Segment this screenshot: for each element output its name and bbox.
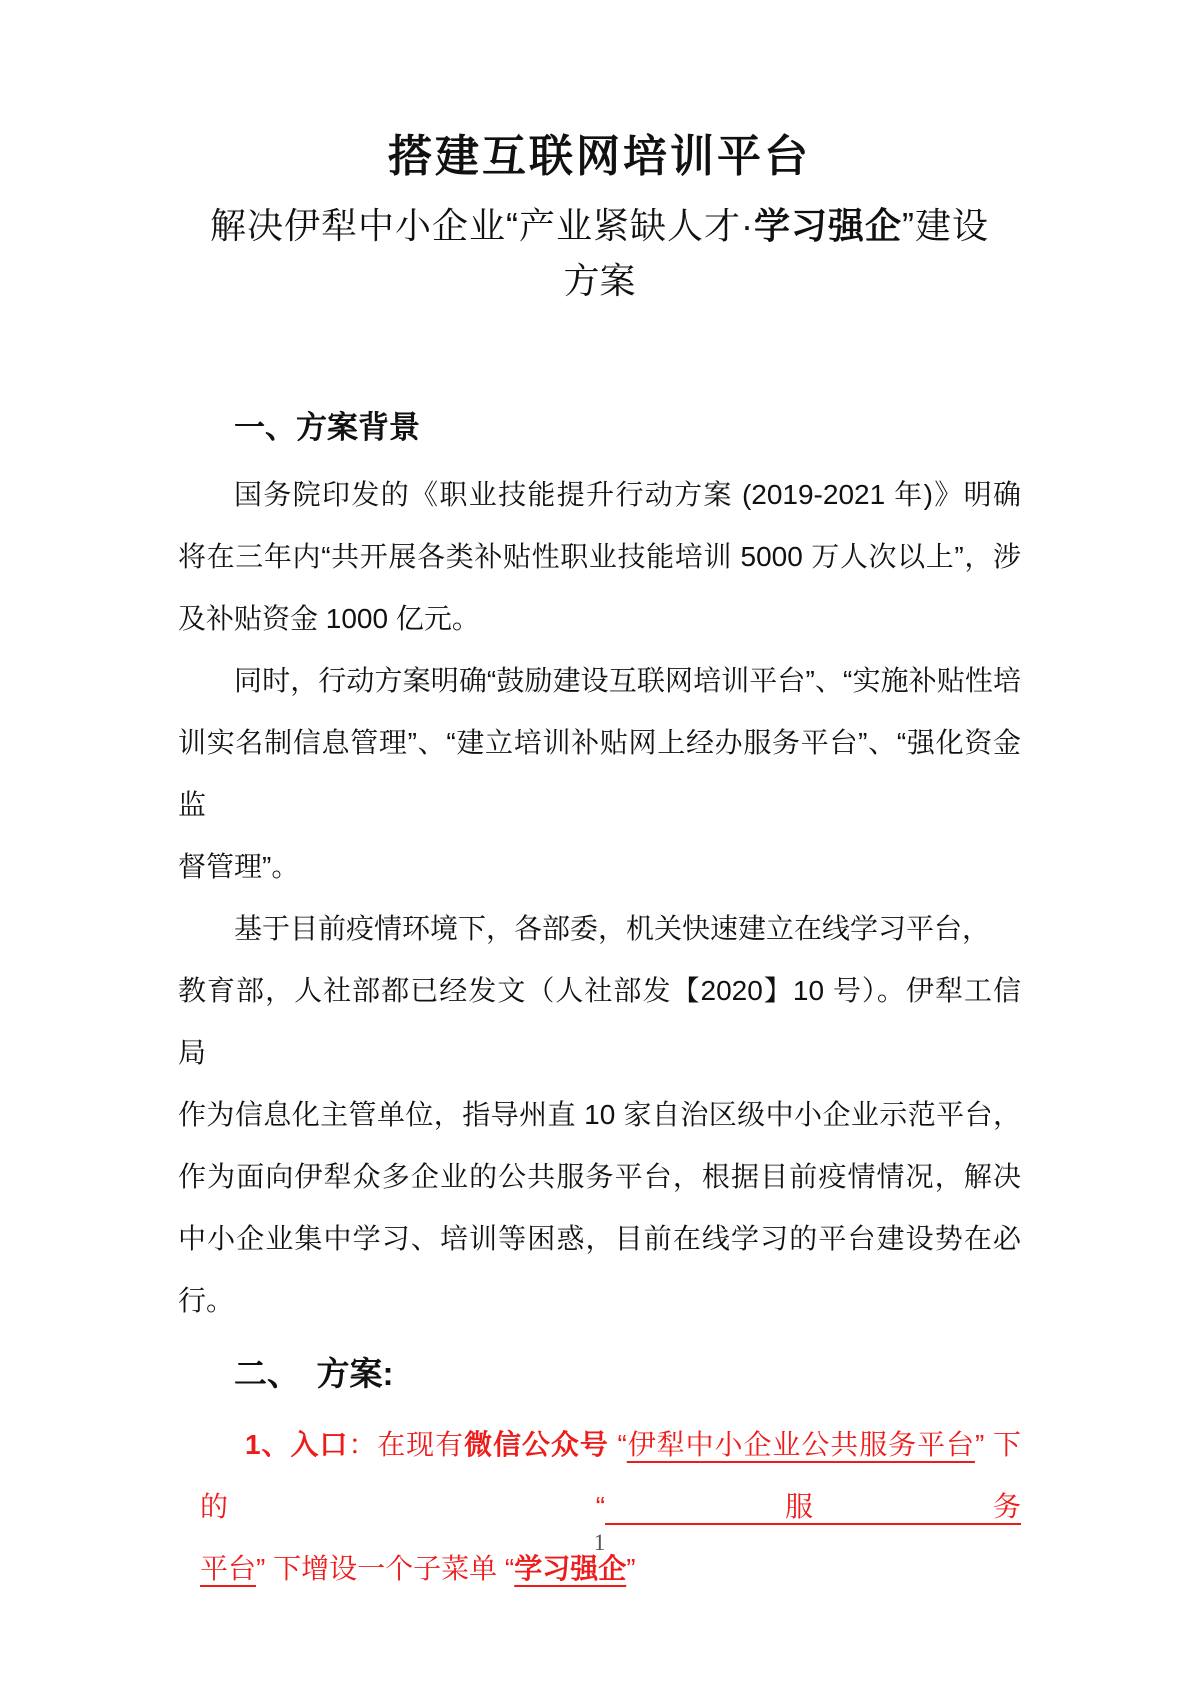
entry-text-segment: ” 下增设一个子菜单 “ [256,1553,514,1584]
body-line: 国务院印发的《职业技能提升行动方案 (2019-2021 年)》明确 [178,464,1021,526]
body-line: 中小企业集中学习、培训等困惑，目前在线学习的平台建设势在必 [178,1208,1021,1270]
section-heading-background: 一、方案背景 [178,406,1021,450]
entry-text-segment: ” [626,1553,635,1584]
entry-text-segment: 伊犁中小企业公共服务平台 [627,1429,975,1460]
body-line: 及补贴资金 1000 亿元。 [178,588,1021,650]
entry-text-segment: ：在现有 [348,1429,464,1460]
body-line: 将在三年内“共开展各类补贴性职业技能培训 5000 万人次以上”，涉 [178,526,1021,588]
doc-subtitle-text: ”建设 [902,205,989,246]
body-line: 同时，行动方案明确“鼓励建设互联网培训平台”、“实施补贴性培 [178,650,1021,712]
entry-text-segment: 服务 [605,1491,1021,1522]
body-paragraphs: 国务院印发的《职业技能提升行动方案 (2019-2021 年)》明确将在三年内“… [178,464,1021,1332]
body-line: 作为面向伊犁众多企业的公共服务平台，根据目前疫情情况，解决 [178,1146,1021,1208]
entry-paragraph: 1、入口：在现有微信公众号 “伊犁中小企业公共服务平台” 下的 “服务平台” 下… [200,1414,1021,1600]
entry-text-segment: “ [609,1429,627,1460]
entry-text-segment: 学习强企 [514,1553,626,1584]
body-line: 基于目前疫情环境下，各部委，机关快速建立在线学习平台， [178,898,1021,960]
entry-line: 1、入口：在现有微信公众号 “伊犁中小企业公共服务平台” 下的 “服务 [200,1414,1021,1538]
doc-subtitle-bold-text: 学习强企 [754,205,902,246]
doc-subtitle: 解决伊犁中小企业“产业紧缺人才·学习强企”建设 [178,198,1021,253]
body-line: 督管理”。 [178,836,1021,898]
entry-text-segment: 微信公众号 [464,1429,609,1460]
document-page: 搭建互联网培训平台 解决伊犁中小企业“产业紧缺人才·学习强企”建设 方案 一、方… [0,0,1199,1696]
body-line: 教育部，人社部都已经发文（人社部发【2020】10 号）。伊犁工信局 [178,960,1021,1084]
page-number: 1 [0,1530,1199,1556]
body-line: 训实名制信息管理”、“建立培训补贴网上经办服务平台”、“强化资金监 [178,712,1021,836]
doc-title: 搭建互联网培训平台 [178,128,1021,186]
entry-text-segment: 平台 [200,1553,256,1584]
doc-subtitle-line2: 方案 [178,253,1021,308]
body-line: 行。 [178,1270,1021,1332]
section-heading-plan: 二、 方案: [178,1350,1021,1398]
doc-subtitle-text: 解决伊犁中小企业“产业紧缺人才· [210,205,754,246]
body-line: 作为信息化主管单位，指导州直 10 家自治区级中小企业示范平台， [178,1084,1021,1146]
entry-text-segment: 1、入口 [245,1429,348,1460]
